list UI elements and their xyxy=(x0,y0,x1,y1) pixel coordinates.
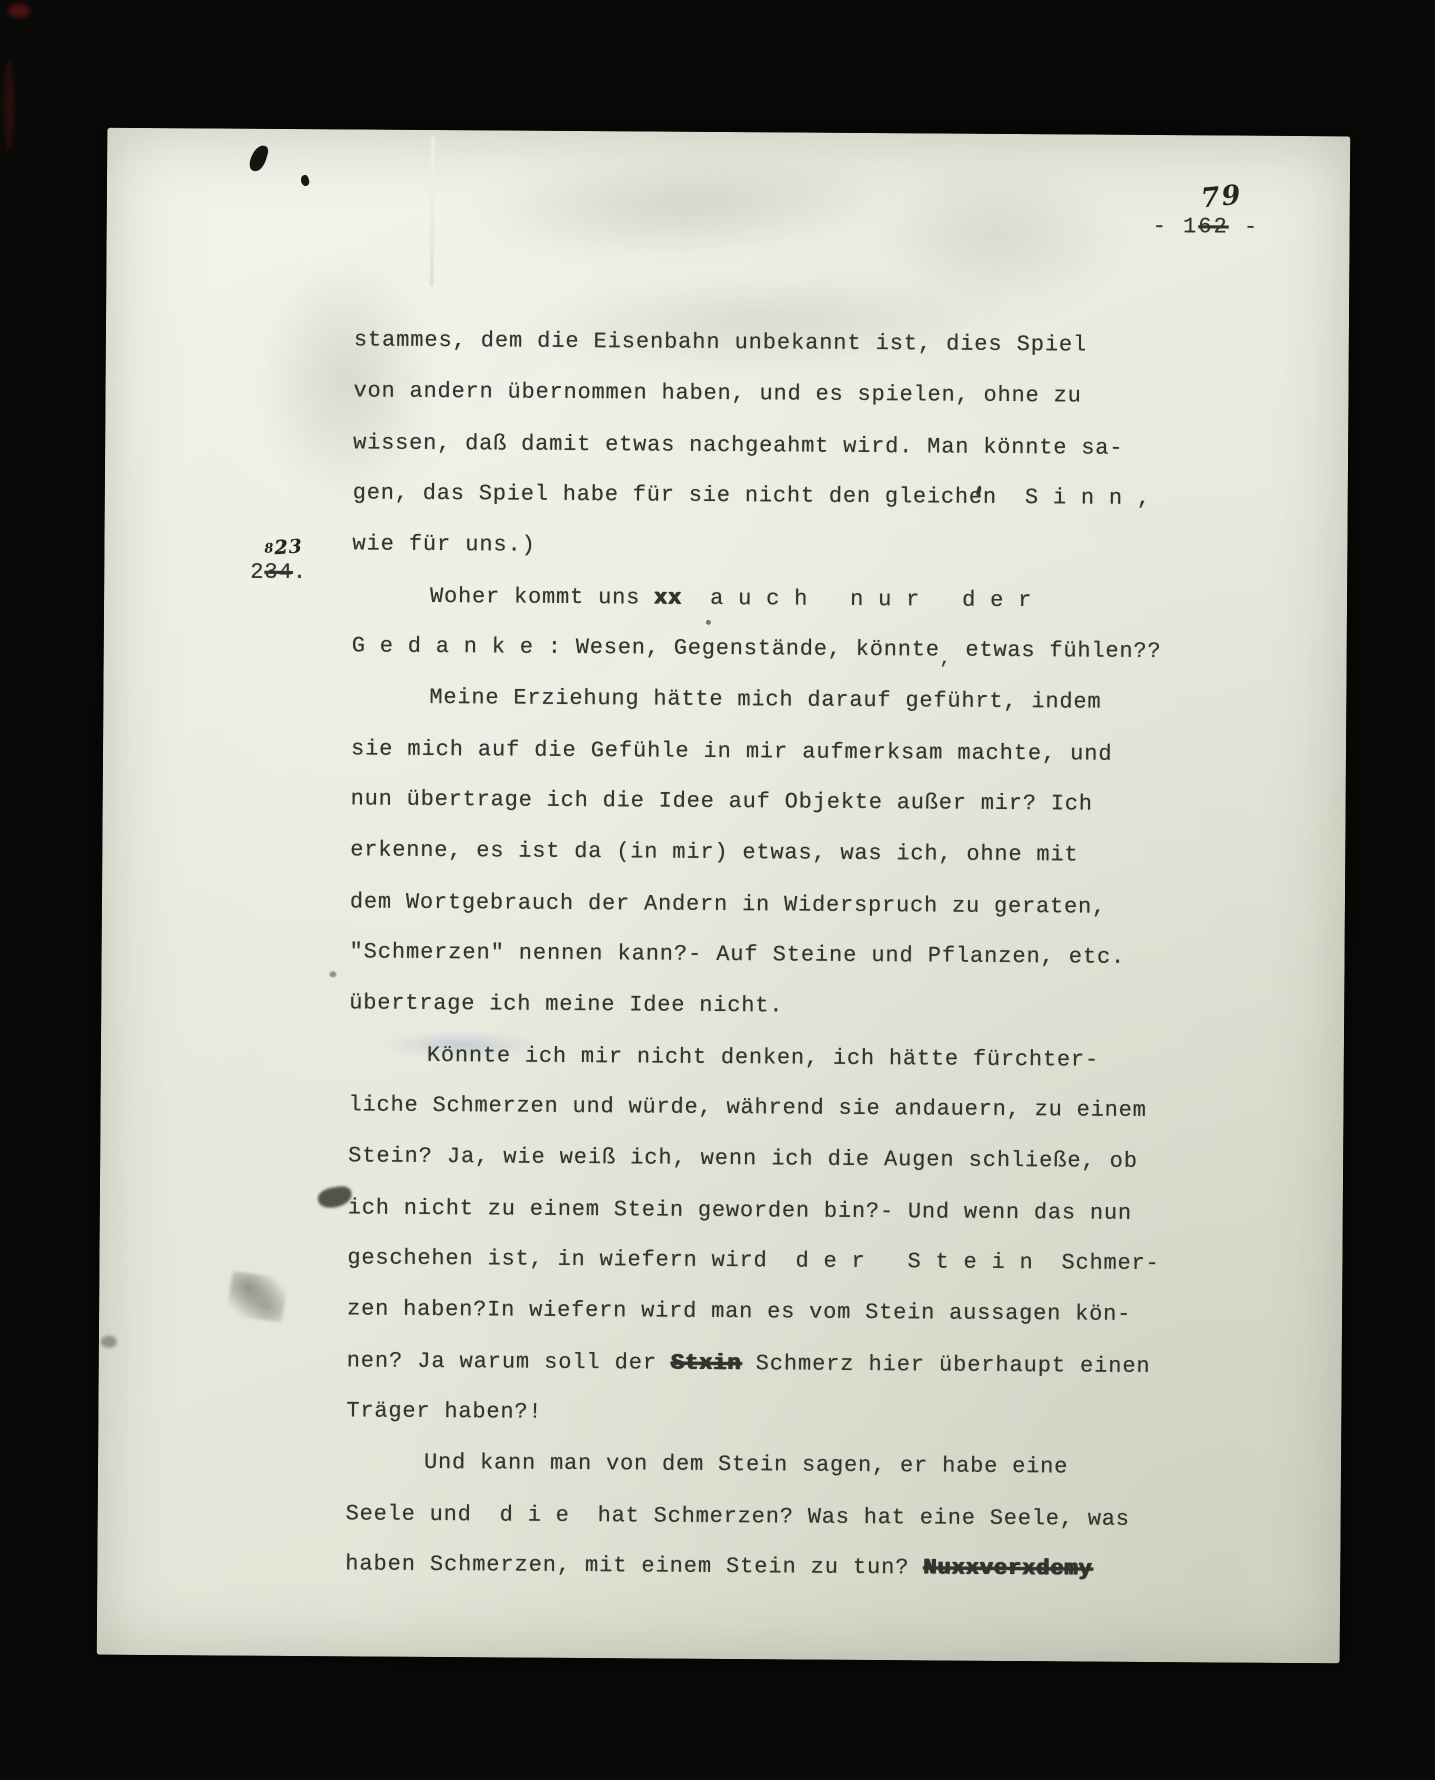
text-segment: - xyxy=(1229,215,1260,240)
typescript-line: ich nicht zu einem Stein geworden bin?- … xyxy=(348,1182,1228,1239)
typescript-line: zen haben?In wiefern wird man es vom Ste… xyxy=(347,1283,1227,1340)
ink-transfer-ghost xyxy=(465,140,910,270)
text-segment-insert: , xyxy=(940,650,952,670)
typescript-line: geschehen ist, in wiefern wird d e r S t… xyxy=(347,1232,1227,1289)
text-segment: - 1 xyxy=(1153,214,1199,239)
text-segment: zen haben?In wiefern wird man es vom Ste… xyxy=(347,1296,1131,1326)
text-segment-overtype: xx xyxy=(654,586,682,611)
text-segment: G e d a n k e : Wesen, Gegenstände, könn… xyxy=(352,633,940,662)
typescript-body: stammes, dem die Eisenbahn unbekannt ist… xyxy=(345,314,1234,1595)
typescript-line: Und kann man von dem Stein sagen, er hab… xyxy=(346,1436,1226,1493)
typescript-line: Könnte ich mir nicht denken, ich hätte f… xyxy=(349,1029,1229,1086)
scanned-page: 79 - 162 - 823 234. stammes, dem die Eis… xyxy=(97,128,1351,1664)
text-segment-strike: 62 xyxy=(1198,214,1229,239)
red-edge-smear xyxy=(4,60,14,150)
text-segment: Träger haben?! xyxy=(346,1398,542,1424)
page-number-block: 79 - 162 - xyxy=(1153,181,1260,240)
typescript-line: nun übertrage ich die Idee auf Objekte a… xyxy=(350,773,1230,830)
text-segment: übertrage ich meine Idee nicht. xyxy=(349,990,783,1018)
text-segment: 3 xyxy=(288,535,304,558)
edge-smudge xyxy=(101,1336,117,1348)
text-segment: Schmerz hier überhaupt einen xyxy=(742,1351,1151,1379)
text-segment: etwas fühlen?? xyxy=(951,638,1161,664)
text-segment: Meine Erziehung hätte mich darauf geführ… xyxy=(429,685,1101,715)
typescript-line: nen? Ja warum soll der Stxin Schmerz hie… xyxy=(347,1335,1227,1392)
typescript-line: von andern übernommen haben, und es spie… xyxy=(353,365,1233,422)
text-segment-strike: 34 xyxy=(264,560,293,585)
typescript-line: Stein? Ja, wie weiß ich, wenn ich die Au… xyxy=(348,1130,1228,1187)
text-segment: Woher kommt uns xyxy=(430,584,654,611)
typescript-line: Träger haben?! xyxy=(346,1385,1226,1442)
paper-speck xyxy=(329,971,336,977)
text-segment: ich nicht zu einem Stein geworden bin?- … xyxy=(348,1195,1132,1225)
text-segment: sie mich auf die Gefühle in mir aufmerks… xyxy=(351,736,1113,766)
typescript-line: übertrage ich meine Idee nicht. xyxy=(349,977,1229,1034)
text-segment: Könnte ich mir nicht denken, ich hätte f… xyxy=(427,1043,1099,1073)
text-segment: gen, das Spiel habe für sie nicht den gl… xyxy=(353,480,1151,511)
text-segment: wissen, daß damit etwas nachgeahmt wird.… xyxy=(353,430,1123,460)
typescript-line: erkenne, es ist da (in mir) etwas, was i… xyxy=(350,824,1230,881)
text-segment: . xyxy=(293,560,307,585)
typescript-line: wissen, daß damit etwas nachgeahmt wird.… xyxy=(353,417,1233,474)
ink-blot xyxy=(248,143,270,173)
scan-background: { "document": { "kind": "typewritten man… xyxy=(0,0,1435,1780)
ink-blot xyxy=(300,174,311,187)
text-segment: Seele und d i e hat Schmerzen? Was hat e… xyxy=(346,1501,1130,1531)
text-segment: a u c h n u r d e r xyxy=(682,586,1032,613)
text-segment: dem Wortgebrauch der Andern in Widerspru… xyxy=(350,889,1106,919)
typescript-line: Seele und d i e hat Schmerzen? Was hat e… xyxy=(345,1488,1225,1545)
text-segment: wie für uns.) xyxy=(352,531,535,557)
text-segment-overtype-strike: Nuxxverxdemy xyxy=(923,1555,1092,1581)
typescript-line: haben Schmerzen, mit einem Stein zu tun?… xyxy=(345,1538,1225,1595)
pencil-smudge xyxy=(226,1271,288,1323)
typescript-line: Meine Erziehung hätte mich darauf geführ… xyxy=(351,671,1231,728)
typescript-line: G e d a n k e : Wesen, Gegenstände, könn… xyxy=(352,620,1232,677)
typescript-line: dem Wortgebrauch der Andern in Widerspru… xyxy=(350,876,1230,933)
typed-page-number: - 162 - xyxy=(1153,214,1260,240)
text-segment: Und kann man von dem Stein sagen, er hab… xyxy=(424,1450,1068,1479)
typescript-line: stammes, dem die Eisenbahn unbekannt ist… xyxy=(354,314,1234,371)
text-segment: nen? Ja warum soll der xyxy=(347,1348,672,1375)
text-segment: erkenne, es ist da (in mir) etwas, was i… xyxy=(350,837,1078,867)
typescript-line: sie mich auf die Gefühle in mir aufmerks… xyxy=(351,723,1231,780)
text-segment: Stein? Ja, wie weiß ich, wenn ich die Au… xyxy=(348,1143,1138,1174)
typescript-line: gen, das Spiel habe für sie nicht den gl… xyxy=(353,467,1233,524)
margin-section-number: 823 234. xyxy=(250,537,307,586)
handwritten-page-number: 79 xyxy=(1199,180,1243,215)
text-segment: "Schmerzen" nennen kann?- Auf Steine und… xyxy=(350,939,1126,969)
typescript-line: Woher kommt uns xx a u c h n u r d e r xyxy=(352,570,1232,627)
text-segment: nun übertrage ich die Idee auf Objekte a… xyxy=(351,786,1093,816)
text-segment: haben Schmerzen, mit einem Stein zu tun? xyxy=(345,1551,923,1580)
typescript-line: wie für uns.) xyxy=(352,518,1232,575)
typescript-line: "Schmerzen" nennen kann?- Auf Steine und… xyxy=(349,926,1229,983)
text-segment-overtype-strike: Stxin xyxy=(671,1351,742,1376)
handwritten-section-number: 823 xyxy=(250,535,308,562)
text-segment: von andern übernommen haben, und es spie… xyxy=(353,378,1081,408)
typescript-line: liche Schmerzen und würde, während sie a… xyxy=(348,1079,1228,1136)
text-segment: 2 xyxy=(250,560,264,585)
ink-transfer-ghost xyxy=(866,153,1127,315)
text-segment: stammes, dem die Eisenbahn unbekannt ist… xyxy=(354,327,1087,357)
typed-section-number: 234. xyxy=(250,560,307,585)
text-segment: geschehen ist, in wiefern wird d e r S t… xyxy=(347,1245,1159,1276)
red-edge-mark xyxy=(8,4,30,18)
text-segment: liche Schmerzen und würde, während sie a… xyxy=(348,1092,1146,1123)
paper-crease xyxy=(430,136,434,286)
